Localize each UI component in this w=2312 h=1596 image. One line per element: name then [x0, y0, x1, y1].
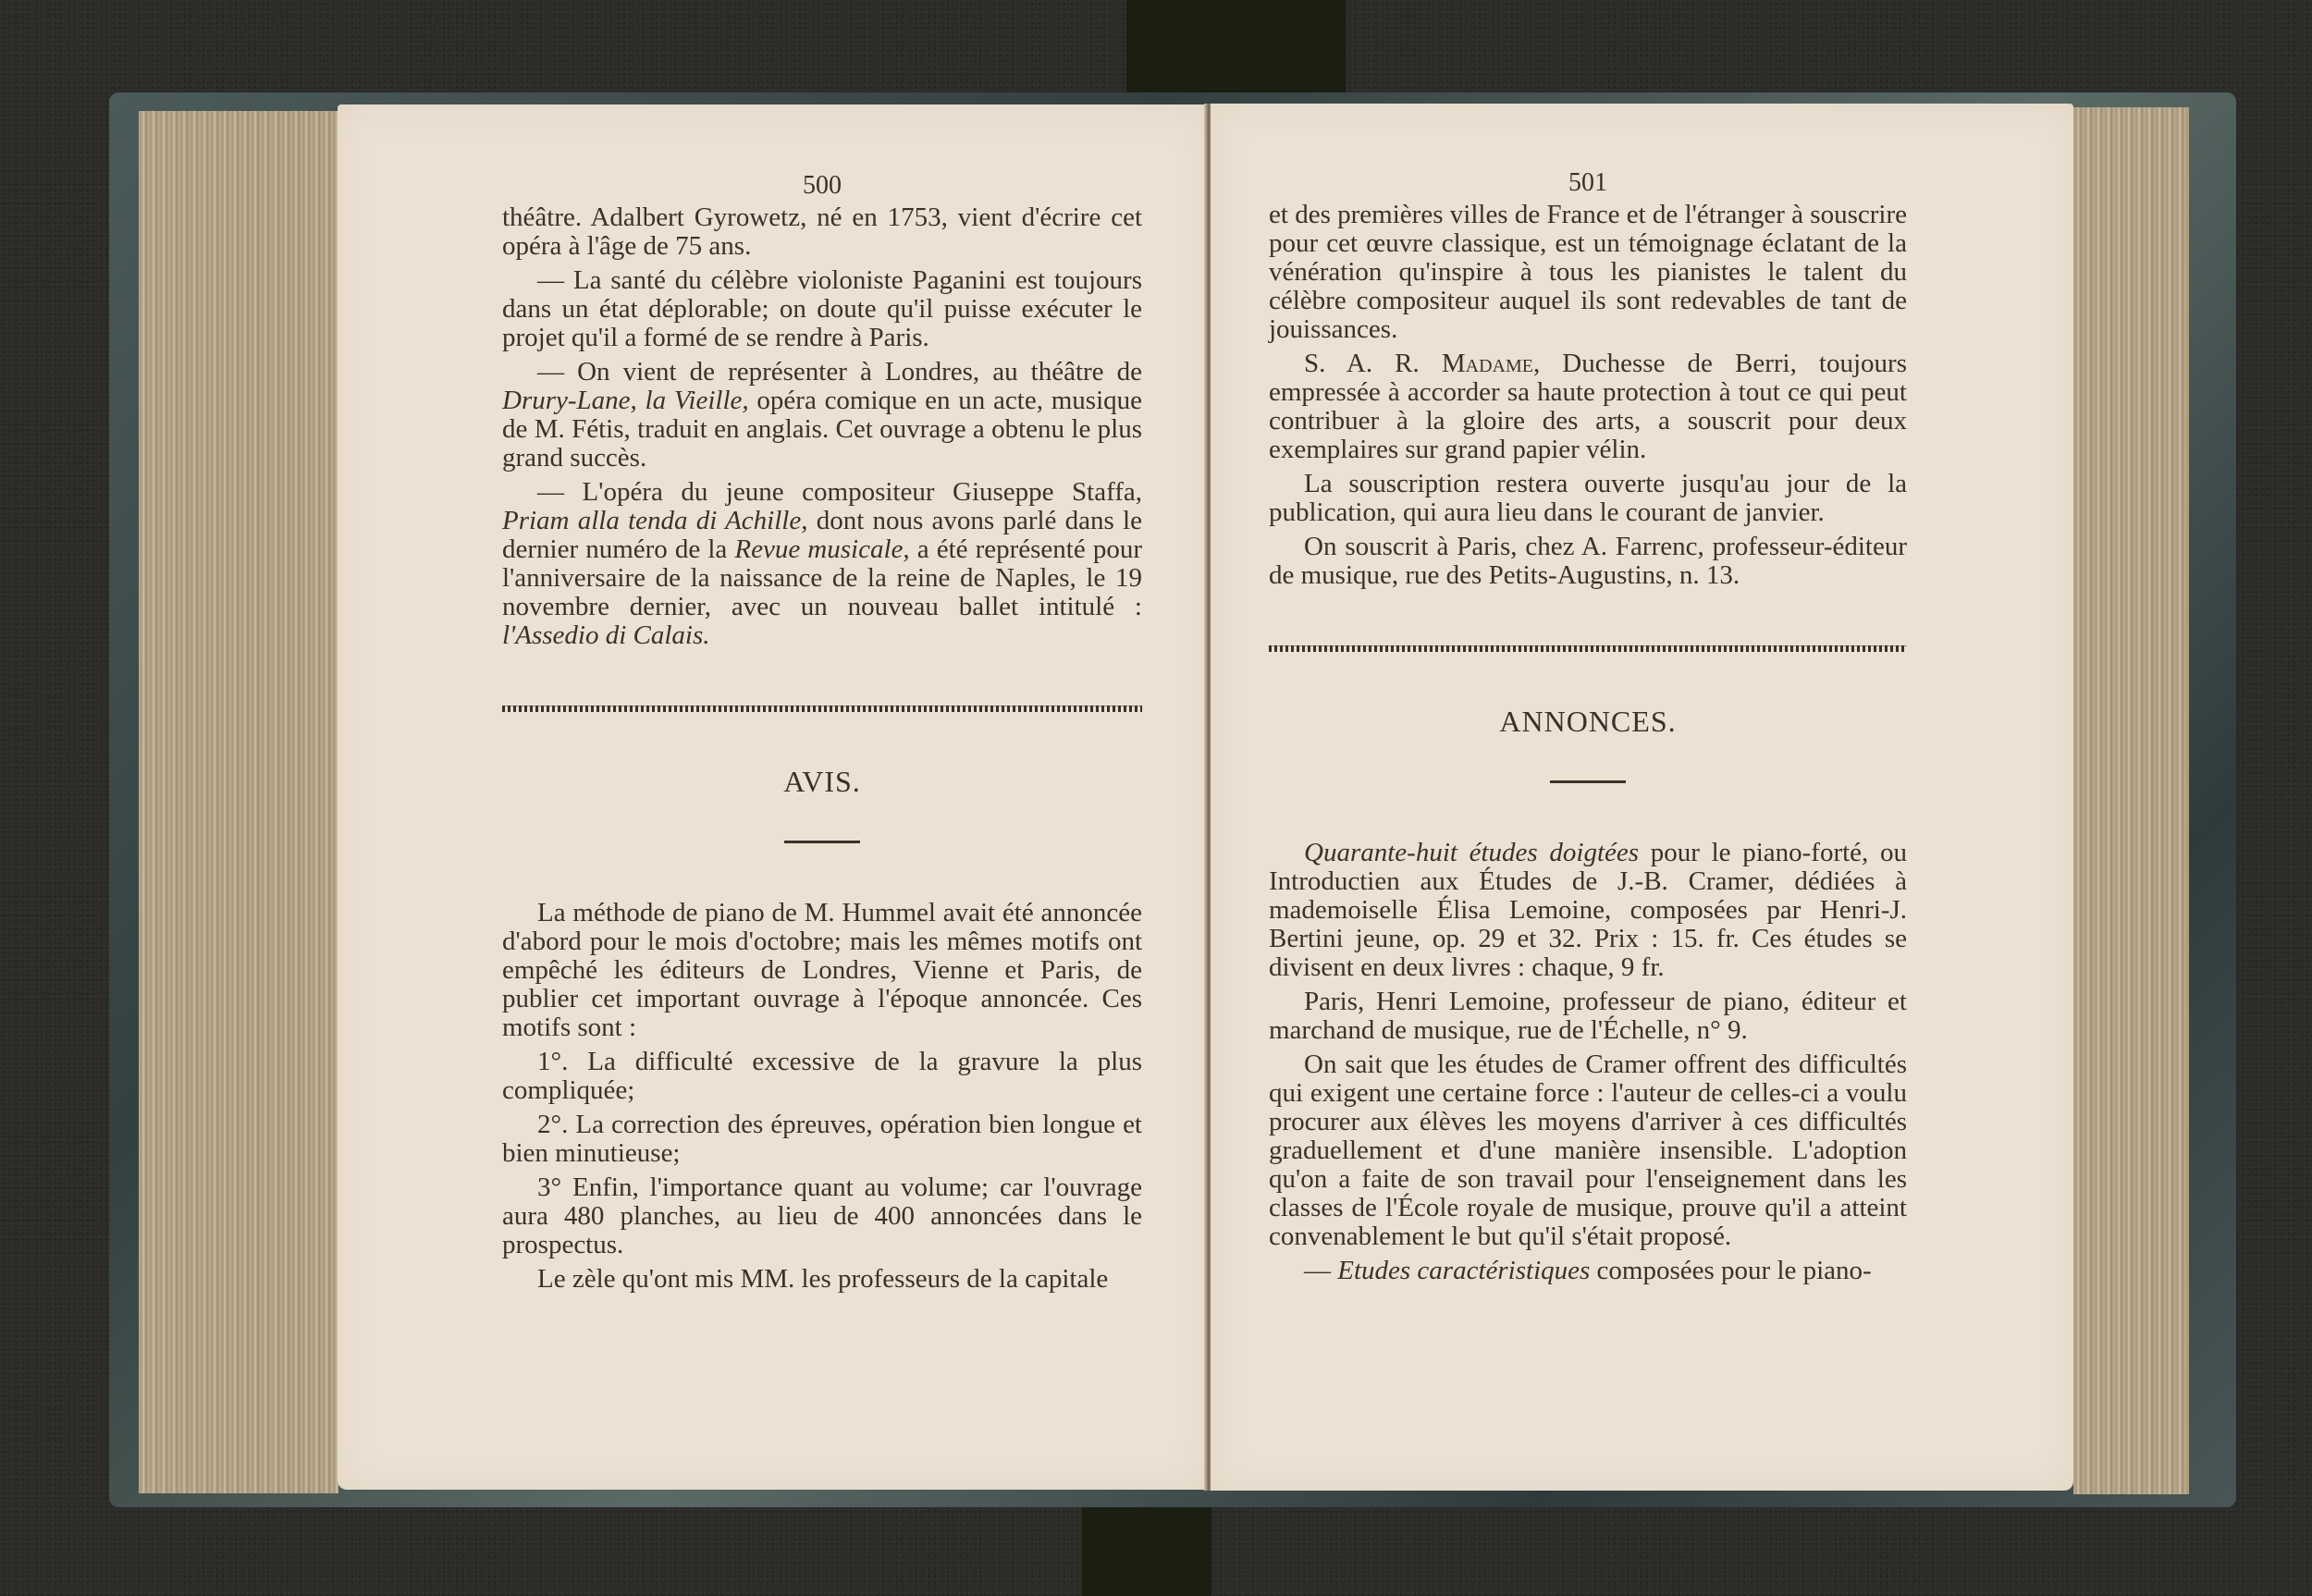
paragraph: 1°. La difficulté excessive de la gravur…: [502, 1048, 1142, 1105]
background-band-top: [1126, 0, 1346, 102]
left-page: 500 théâtre. Adalbert Gyrowetz, né en 17…: [338, 104, 1209, 1490]
paragraph: — L'opéra du jeune compositeur Giuseppe …: [502, 478, 1142, 650]
section-divider-ornament: [502, 706, 1142, 712]
italic-title: Priam alla tenda di Achille: [502, 506, 801, 535]
short-rule: [1550, 780, 1626, 783]
text: — L'opéra du jeune compositeur Giuseppe …: [537, 477, 1142, 507]
italic-title: Quarante-huit études doigtées: [1304, 838, 1639, 867]
right-page: 501 et des premières villes de France et…: [1211, 104, 2073, 1491]
section-divider-ornament: [1269, 645, 1907, 652]
text: composées pour le piano-: [1590, 1256, 1871, 1285]
paragraph: 3° Enfin, l'importance quant au volume; …: [502, 1173, 1142, 1259]
left-page-edges: [139, 111, 338, 1493]
paragraph: 2°. La correction des épreuves, opératio…: [502, 1111, 1142, 1168]
page-number: 500: [502, 171, 1142, 200]
italic-title: l'Assedio di Calais.: [502, 620, 710, 650]
paragraph: Paris, Henri Lemoine, professeur de pian…: [1269, 988, 1907, 1045]
left-text-block: 500 théâtre. Adalbert Gyrowetz, né en 17…: [502, 171, 1142, 1299]
paragraph: et des premières villes de France et de …: [1269, 201, 1907, 344]
text: S. A. R.: [1304, 349, 1442, 378]
background-band-bottom: [1082, 1503, 1211, 1596]
text: —: [1304, 1256, 1337, 1285]
page-number: 501: [1269, 168, 1907, 197]
section-heading-annonces: ANNONCES.: [1269, 707, 1907, 736]
paragraph: — Etudes caractéristiques composées pour…: [1269, 1257, 1907, 1285]
paragraph: — La santé du célèbre violoniste Paganin…: [502, 266, 1142, 352]
text: — On vient de représenter à Londres, au …: [537, 357, 1142, 387]
italic-title: Drury-Lane, la Vieille,: [502, 386, 749, 415]
paragraph: S. A. R. Madame, Duchesse de Berri, touj…: [1269, 350, 1907, 464]
paragraph: — On vient de représenter à Londres, au …: [502, 358, 1142, 473]
right-page-edges: [2073, 107, 2189, 1494]
paragraph: La méthode de piano de M. Hummel avait é…: [502, 899, 1142, 1042]
paragraph: théâtre. Adalbert Gyrowetz, né en 1753, …: [502, 203, 1142, 261]
paragraph: On souscrit à Paris, chez A. Farrenc, pr…: [1269, 533, 1907, 590]
paragraph: Quarante-huit études doigtées pour le pi…: [1269, 839, 1907, 982]
right-text-block: 501 et des premières villes de France et…: [1269, 168, 1907, 1291]
paragraph: Le zèle qu'ont mis MM. les professeurs d…: [502, 1265, 1142, 1294]
italic-title: Revue musicale: [734, 534, 903, 564]
section-heading-avis: AVIS.: [502, 767, 1142, 796]
paragraph: La souscription restera ouverte jusqu'au…: [1269, 470, 1907, 527]
italic-title: Etudes caractéristiques: [1337, 1256, 1590, 1285]
small-caps-text: Madame: [1442, 349, 1533, 378]
short-rule: [784, 841, 860, 843]
paragraph: On sait que les études de Cramer offrent…: [1269, 1050, 1907, 1251]
